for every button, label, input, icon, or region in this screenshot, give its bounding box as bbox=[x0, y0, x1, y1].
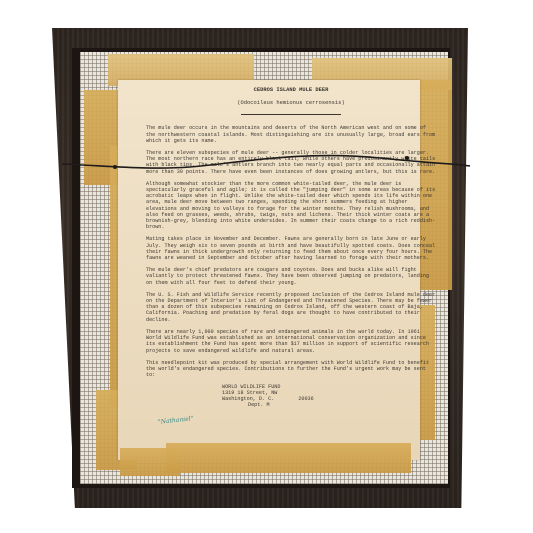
paragraph: The mule deer occurs in the mountains an… bbox=[146, 125, 436, 144]
document-title: CEDROS ISLAND MULE DEER bbox=[146, 87, 436, 93]
tape-strip-bottom-left bbox=[120, 448, 180, 476]
paragraph: The mule deer's chief predators are coug… bbox=[146, 267, 436, 286]
tape-strip-bottom bbox=[166, 443, 411, 473]
paragraph: There are eleven subspecies of mule deer… bbox=[146, 150, 436, 175]
paragraph: The U. S. Fish and Wildlife Service rece… bbox=[146, 292, 436, 323]
paragraph: There are nearly 1,000 species of rare a… bbox=[146, 329, 436, 354]
address-dept: Dept. M bbox=[248, 402, 436, 408]
document-subtitle: (Odocoileus hemionus cerrosensis) bbox=[146, 100, 436, 106]
address-zip: 20036 bbox=[298, 396, 313, 402]
mailing-address: WORLD WILDLIFE FUND 1319 18 Street, NW W… bbox=[222, 384, 436, 408]
paragraph: This needlepoint kit was produced by spe… bbox=[146, 360, 436, 379]
typed-document: CEDROS ISLAND MULE DEER (Odocoileus hemi… bbox=[146, 85, 436, 408]
paragraph: Mating takes place in November and Decem… bbox=[146, 236, 436, 261]
title-underline bbox=[241, 114, 341, 115]
paragraph: Although somewhat stockier than the more… bbox=[146, 181, 436, 231]
